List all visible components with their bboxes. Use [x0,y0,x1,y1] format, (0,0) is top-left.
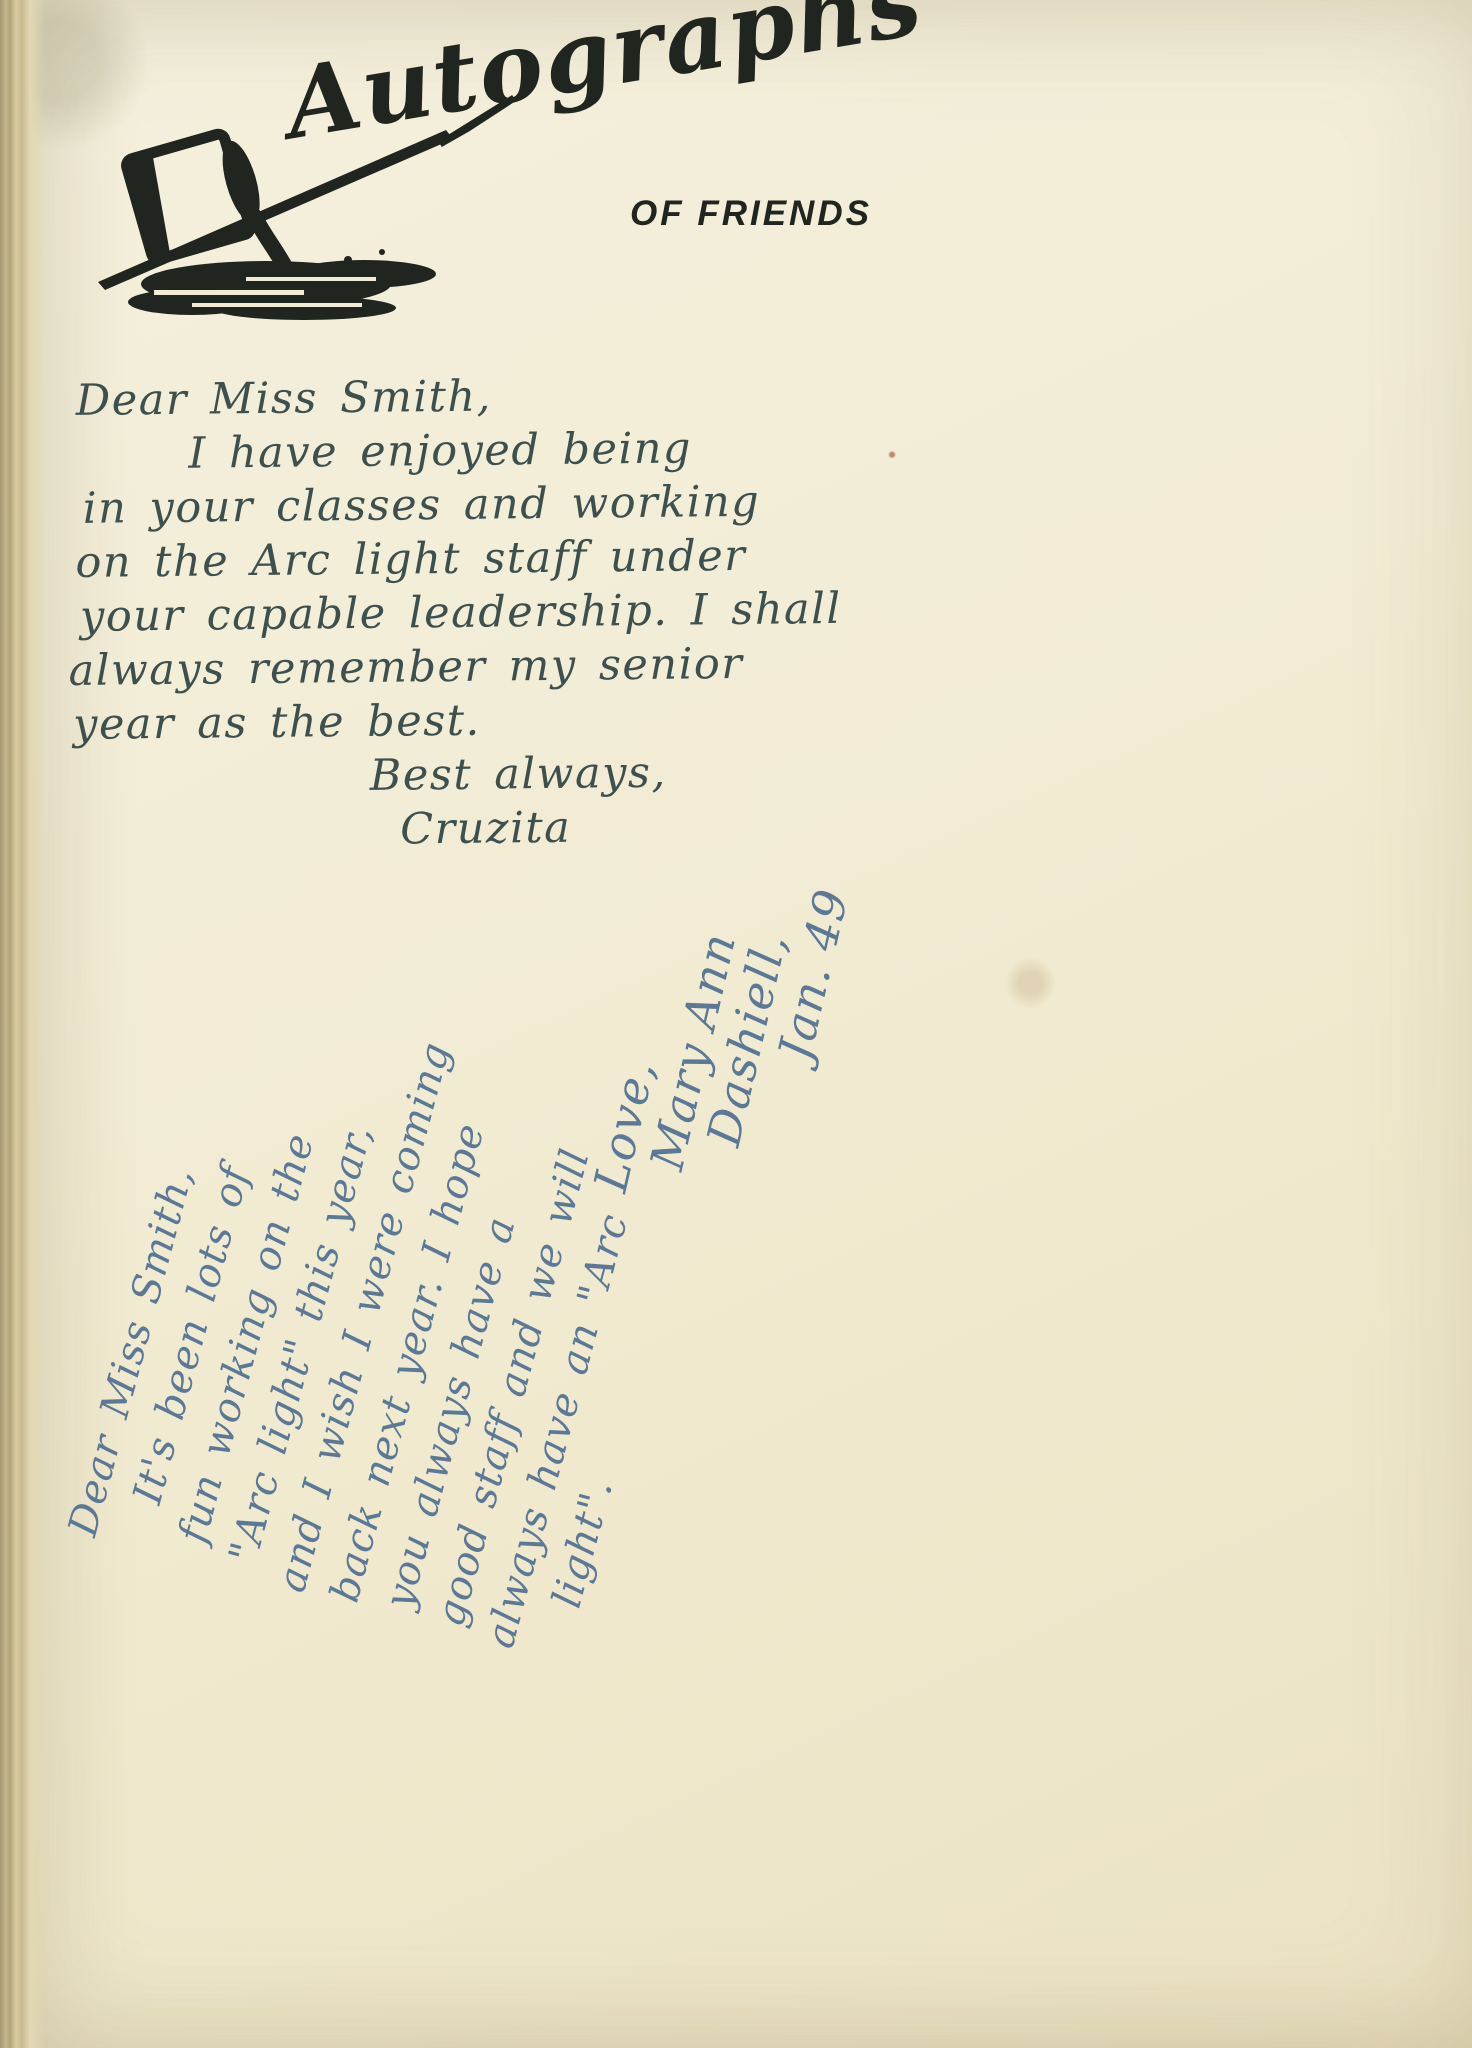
handwritten-line: year as the best. [73,690,830,752]
page-header: Autographs OF FRIENDS [0,0,1472,330]
handwritten-line: always remember my senior [68,636,829,698]
handwritten-line: on the Arc light staff under [75,528,828,590]
handwritten-line: in your classes and working [83,474,828,536]
handwritten-line: your capable leadership. I shall [80,582,829,644]
of-friends-subtitle: OF FRIENDS [630,194,872,234]
handwritten-line: I have enjoyed being [188,420,827,481]
handwritten-line: Dear Miss Smith, [75,366,826,428]
yearbook-autograph-page: Autographs OF FRIENDS Dear Miss Smith, I… [0,0,1472,2048]
